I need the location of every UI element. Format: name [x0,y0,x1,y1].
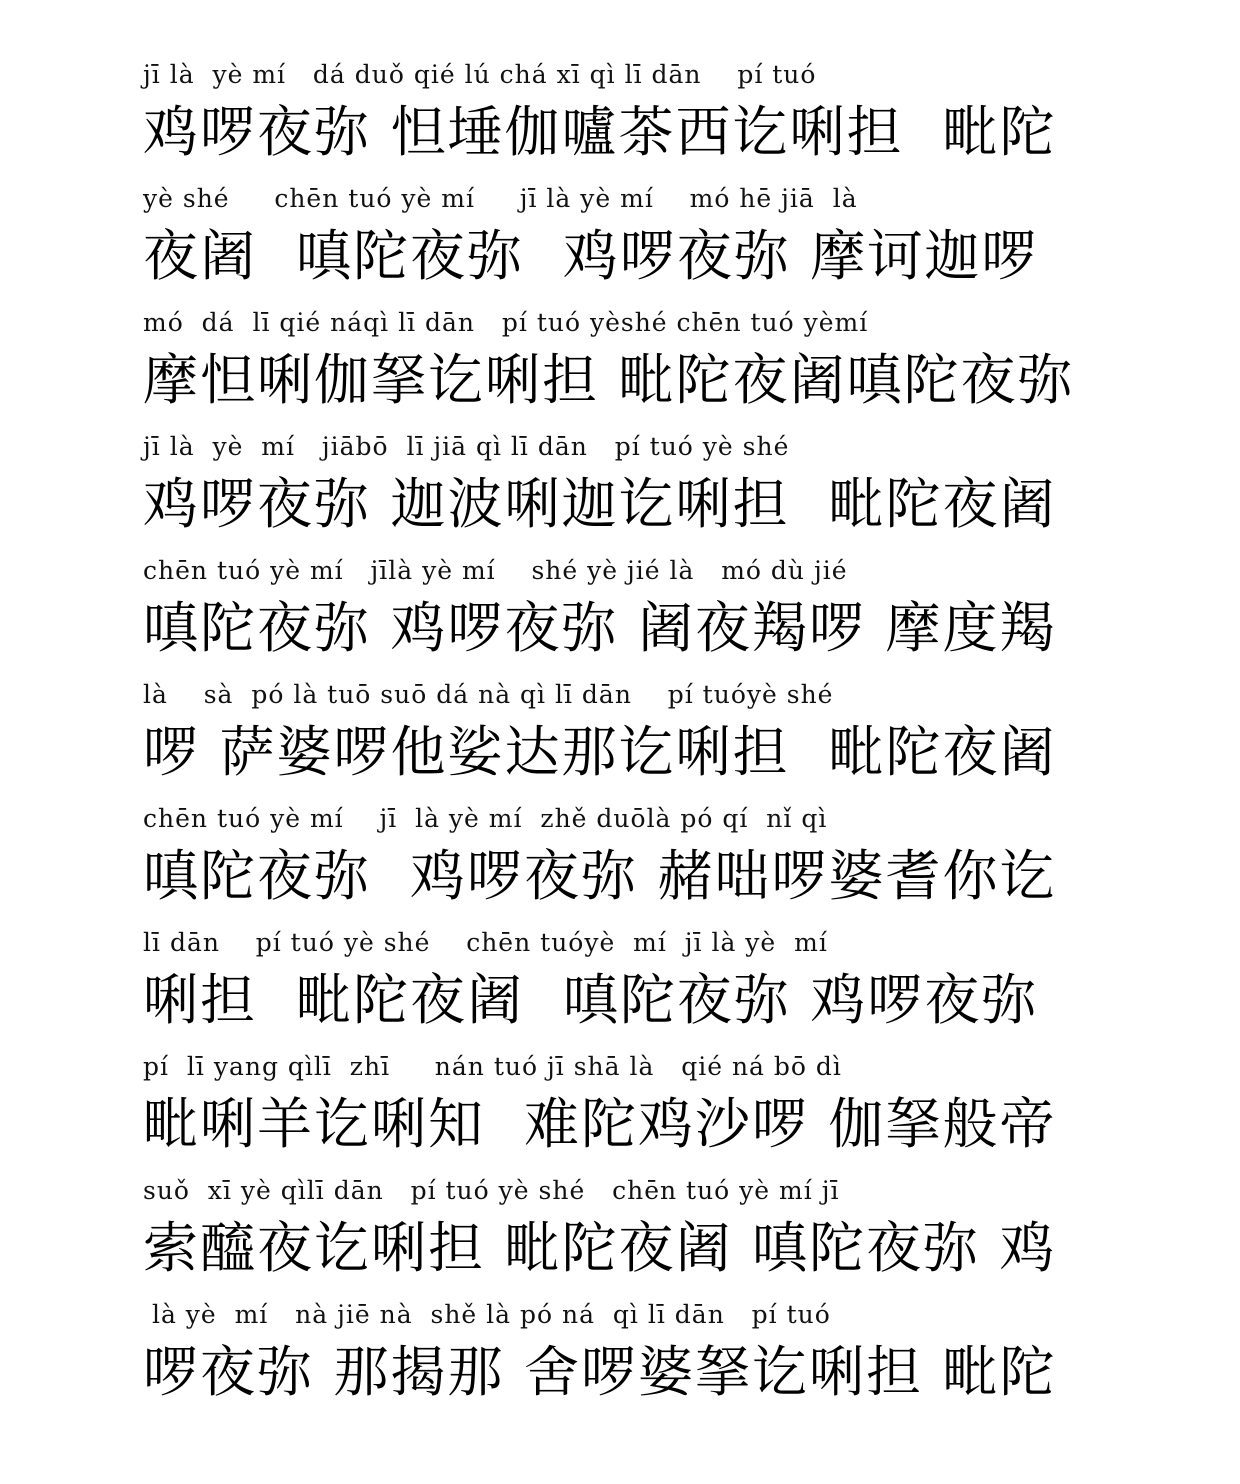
pinyin-line: yè shé chēn tuó yè mí jī là yè mí mó hē … [143,182,858,216]
hanzi-line: 唎担 毗陀夜阇 嗔陀夜弥 鸡啰夜弥 [143,966,1038,1034]
hanzi-line: 毗唎羊讫唎知 难陀鸡沙啰 伽拏般帝 [143,1090,1056,1158]
hanzi-line: 夜阇 嗔陀夜弥 鸡啰夜弥 摩诃迦啰 [143,222,1038,290]
pinyin-line: lī dān pí tuó yè shé chēn tuóyè mí jī là… [143,926,828,960]
hanzi-line: 嗔陀夜弥 鸡啰夜弥 赭咄啰婆耆你讫 [143,842,1056,910]
hanzi-line: 啰夜弥 那揭那 舍啰婆拏讫唎担 毗陀 [143,1338,1056,1406]
stanza-3: mó dá lī qié náqì lī dān pí tuó yèshé ch… [143,306,1123,430]
pinyin-line: jī là yè mí jiābō lī jiā qì lī dān pí tu… [143,430,789,464]
stanza-8: lī dān pí tuó yè shé chēn tuóyè mí jī là… [143,926,1123,1050]
pinyin-line: pí lī yang qìlī zhī nán tuó jī shā là qi… [143,1050,842,1084]
stanza-2: yè shé chēn tuó yè mí jī là yè mí mó hē … [143,182,1123,306]
pinyin-line: chēn tuó yè mí jī là yè mí zhě duōlà pó … [143,802,827,836]
stanza-4: jī là yè mí jiābō lī jiā qì lī dān pí tu… [143,430,1123,554]
stanza-9: pí lī yang qìlī zhī nán tuó jī shā là qi… [143,1050,1123,1174]
hanzi-line: 啰 萨婆啰他娑达那讫唎担 毗陀夜阇 [143,718,1056,786]
document-page: jī là yè mí dá duǒ qié lú chá xī qì lī d… [143,58,1123,1422]
stanza-10: suǒ xī yè qìlī dān pí tuó yè shé chēn tu… [143,1174,1123,1298]
hanzi-line: 摩怛唎伽拏讫唎担 毗陀夜阇嗔陀夜弥 [143,346,1074,414]
hanzi-line: 嗔陀夜弥 鸡啰夜弥 阇夜羯啰 摩度羯 [143,594,1056,662]
pinyin-line: chēn tuó yè mí jīlà yè mí shé yè jié là … [143,554,848,588]
pinyin-line: jī là yè mí dá duǒ qié lú chá xī qì lī d… [143,58,816,92]
stanza-6: là sà pó là tuō suō dá nà qì lī dān pí t… [143,678,1123,802]
hanzi-line: 鸡啰夜弥 怛埵伽嚧茶西讫唎担 毗陀 [143,98,1056,166]
hanzi-line: 鸡啰夜弥 迦波唎迦讫唎担 毗陀夜阇 [143,470,1056,538]
pinyin-line: là yè mí nà jiē nà shě là pó ná qì lī dā… [143,1298,831,1332]
stanza-7: chēn tuó yè mí jī là yè mí zhě duōlà pó … [143,802,1123,926]
stanza-11: là yè mí nà jiē nà shě là pó ná qì lī dā… [143,1298,1123,1422]
hanzi-line: 索醯夜讫唎担 毗陀夜阇 嗔陀夜弥 鸡 [143,1214,1056,1282]
pinyin-line: suǒ xī yè qìlī dān pí tuó yè shé chēn tu… [143,1174,839,1208]
pinyin-line: là sà pó là tuō suō dá nà qì lī dān pí t… [143,678,833,712]
stanza-1: jī là yè mí dá duǒ qié lú chá xī qì lī d… [143,58,1123,182]
stanza-5: chēn tuó yè mí jīlà yè mí shé yè jié là … [143,554,1123,678]
pinyin-line: mó dá lī qié náqì lī dān pí tuó yèshé ch… [143,306,868,340]
